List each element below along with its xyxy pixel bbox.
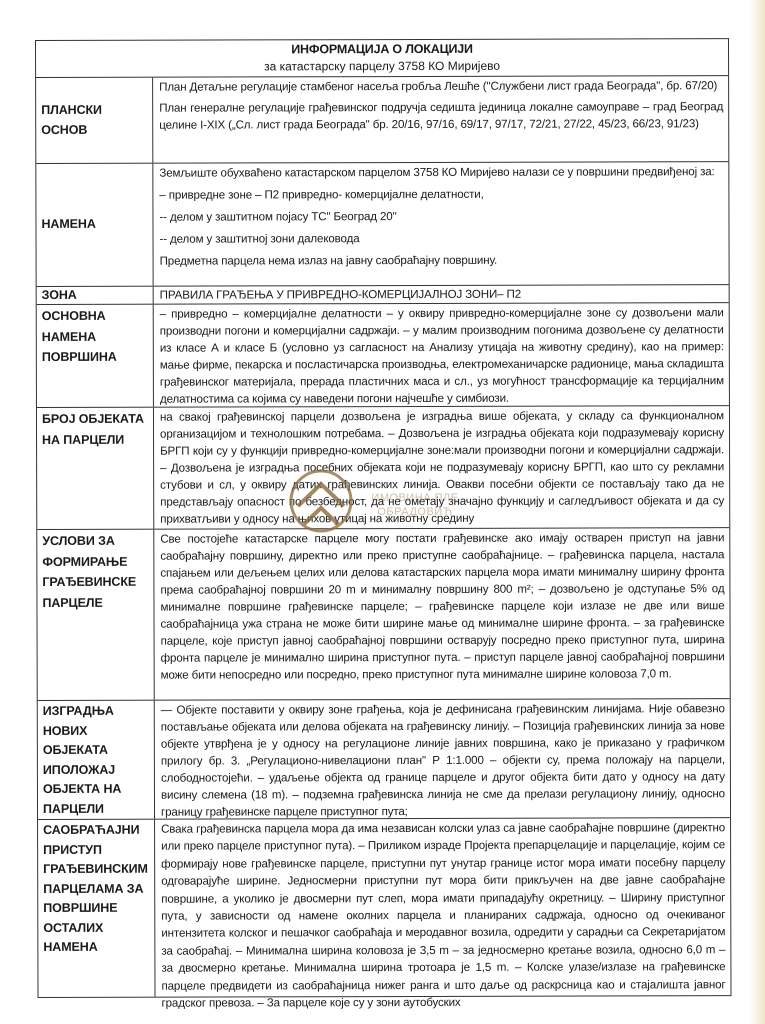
location-info-table: ИНФОРМАЦИЈА О ЛОКАЦИЈИ за катастарску па… — [35, 38, 732, 998]
paragraph: -- делом у заштитном појасу ТС" Београд … — [159, 207, 723, 225]
paragraph: Све постојеће катастарске парцеле могу п… — [160, 529, 724, 683]
paragraph: – привредно – комерцијалне делатности – … — [160, 304, 724, 407]
paragraph: — Објекте поставити у оквиру зоне грађењ… — [161, 700, 725, 820]
table-header: ИНФОРМАЦИЈА О ЛОКАЦИЈИ за катастарску па… — [36, 39, 728, 78]
document-title: ИНФОРМАЦИЈА О ЛОКАЦИЈИ — [36, 40, 728, 59]
row-content: Свака грађевинска парцела мора да има не… — [155, 818, 730, 997]
row-label: ПЛАНСКИ ОСНОВ — [36, 78, 153, 163]
page-edge — [749, 0, 765, 1024]
paragraph: ПРАВИЛА ГРАЂЕЊА У ПРИВРЕДНО-КОМЕРЦИЈАЛНО… — [160, 286, 724, 302]
row-content: на свакој грађевинској парцели дозвољена… — [154, 406, 729, 529]
paragraph: -- делом у заштитној зони далековода — [159, 229, 723, 247]
row-content: ПРАВИЛА ГРАЂЕЊА У ПРИВРЕДНО-КОМЕРЦИЈАЛНО… — [154, 285, 729, 304]
paragraph: на свакој грађевинској парцели дозвољена… — [160, 407, 724, 527]
row-uslovi-formiranje: УСЛОВИ ЗА ФОРМИРАЊЕ ГРАЂЕВИНСКЕ ПАРЦЕЛЕ … — [37, 528, 729, 701]
row-broj-objekata: БРОЈ ОБЈЕКАТА НА ПАРЦЕЛИ на свакој грађе… — [37, 406, 729, 530]
row-content: — Објекте поставити у оквиру зоне грађењ… — [155, 699, 730, 819]
paragraph: План генералне регулације грађевинског п… — [159, 98, 723, 133]
row-label: ИЗГРАДЊА НОВИХ ОБЈЕКАТА ИПОЛОЖАЈ ОБЈЕКТА… — [38, 701, 155, 819]
paragraph: – привредне зоне – П2 привредно- комерци… — [159, 185, 723, 203]
row-content: План Детаљне регулације стамбеног насеља… — [153, 76, 728, 163]
row-izgradnja-novih-objekata: ИЗГРАДЊА НОВИХ ОБЈЕКАТА ИПОЛОЖАЈ ОБЈЕКТА… — [38, 699, 730, 820]
row-zona: ЗОНА ПРАВИЛА ГРАЂЕЊА У ПРИВРЕДНО-КОМЕРЦИ… — [37, 285, 729, 305]
row-label: САОБРАЋАЈНИ ПРИСТУП ГРАЂЕВИНСКИМ ПАРЦЕЛА… — [38, 820, 155, 997]
row-planski-osnov: ПЛАНСКИ ОСНОВ План Детаљне регулације ст… — [36, 76, 728, 164]
paragraph: Свака грађевинска парцела мора да има не… — [161, 819, 725, 1012]
row-osnovna-namena: ОСНОВНА НАМЕНА ПОВРШИНА – привредно – ко… — [37, 303, 729, 408]
row-label: БРОЈ ОБЈЕКАТА НА ПАРЦЕЛИ — [37, 408, 154, 529]
document-subtitle: за катастарску парцелу 3758 КО Миријево — [36, 57, 728, 75]
paragraph: Земљиште обухваћено катастарском парцело… — [159, 163, 723, 181]
row-content: Све постојеће катастарске парцеле могу п… — [154, 528, 729, 700]
row-label: НАМЕНА — [36, 164, 153, 286]
row-namena: НАМЕНА Земљиште обухваћено катастарском … — [36, 162, 728, 287]
row-label: УСЛОВИ ЗА ФОРМИРАЊЕ ГРАЂЕВИНСКЕ ПАРЦЕЛЕ — [37, 530, 154, 700]
row-saobracajni-pristup: САОБРАЋАЈНИ ПРИСТУП ГРАЂЕВИНСКИМ ПАРЦЕЛА… — [38, 818, 730, 998]
row-label: ЗОНА — [37, 287, 154, 304]
row-content: Земљиште обухваћено катастарском парцело… — [153, 162, 728, 286]
row-label: ОСНОВНА НАМЕНА ПОВРШИНА — [37, 305, 154, 407]
paragraph: Предметна парцела нема излаз на јавну са… — [160, 251, 724, 269]
row-content: – привредно – комерцијалне делатности – … — [154, 303, 729, 407]
paragraph: План Детаљне регулације стамбеног насеља… — [159, 77, 723, 95]
